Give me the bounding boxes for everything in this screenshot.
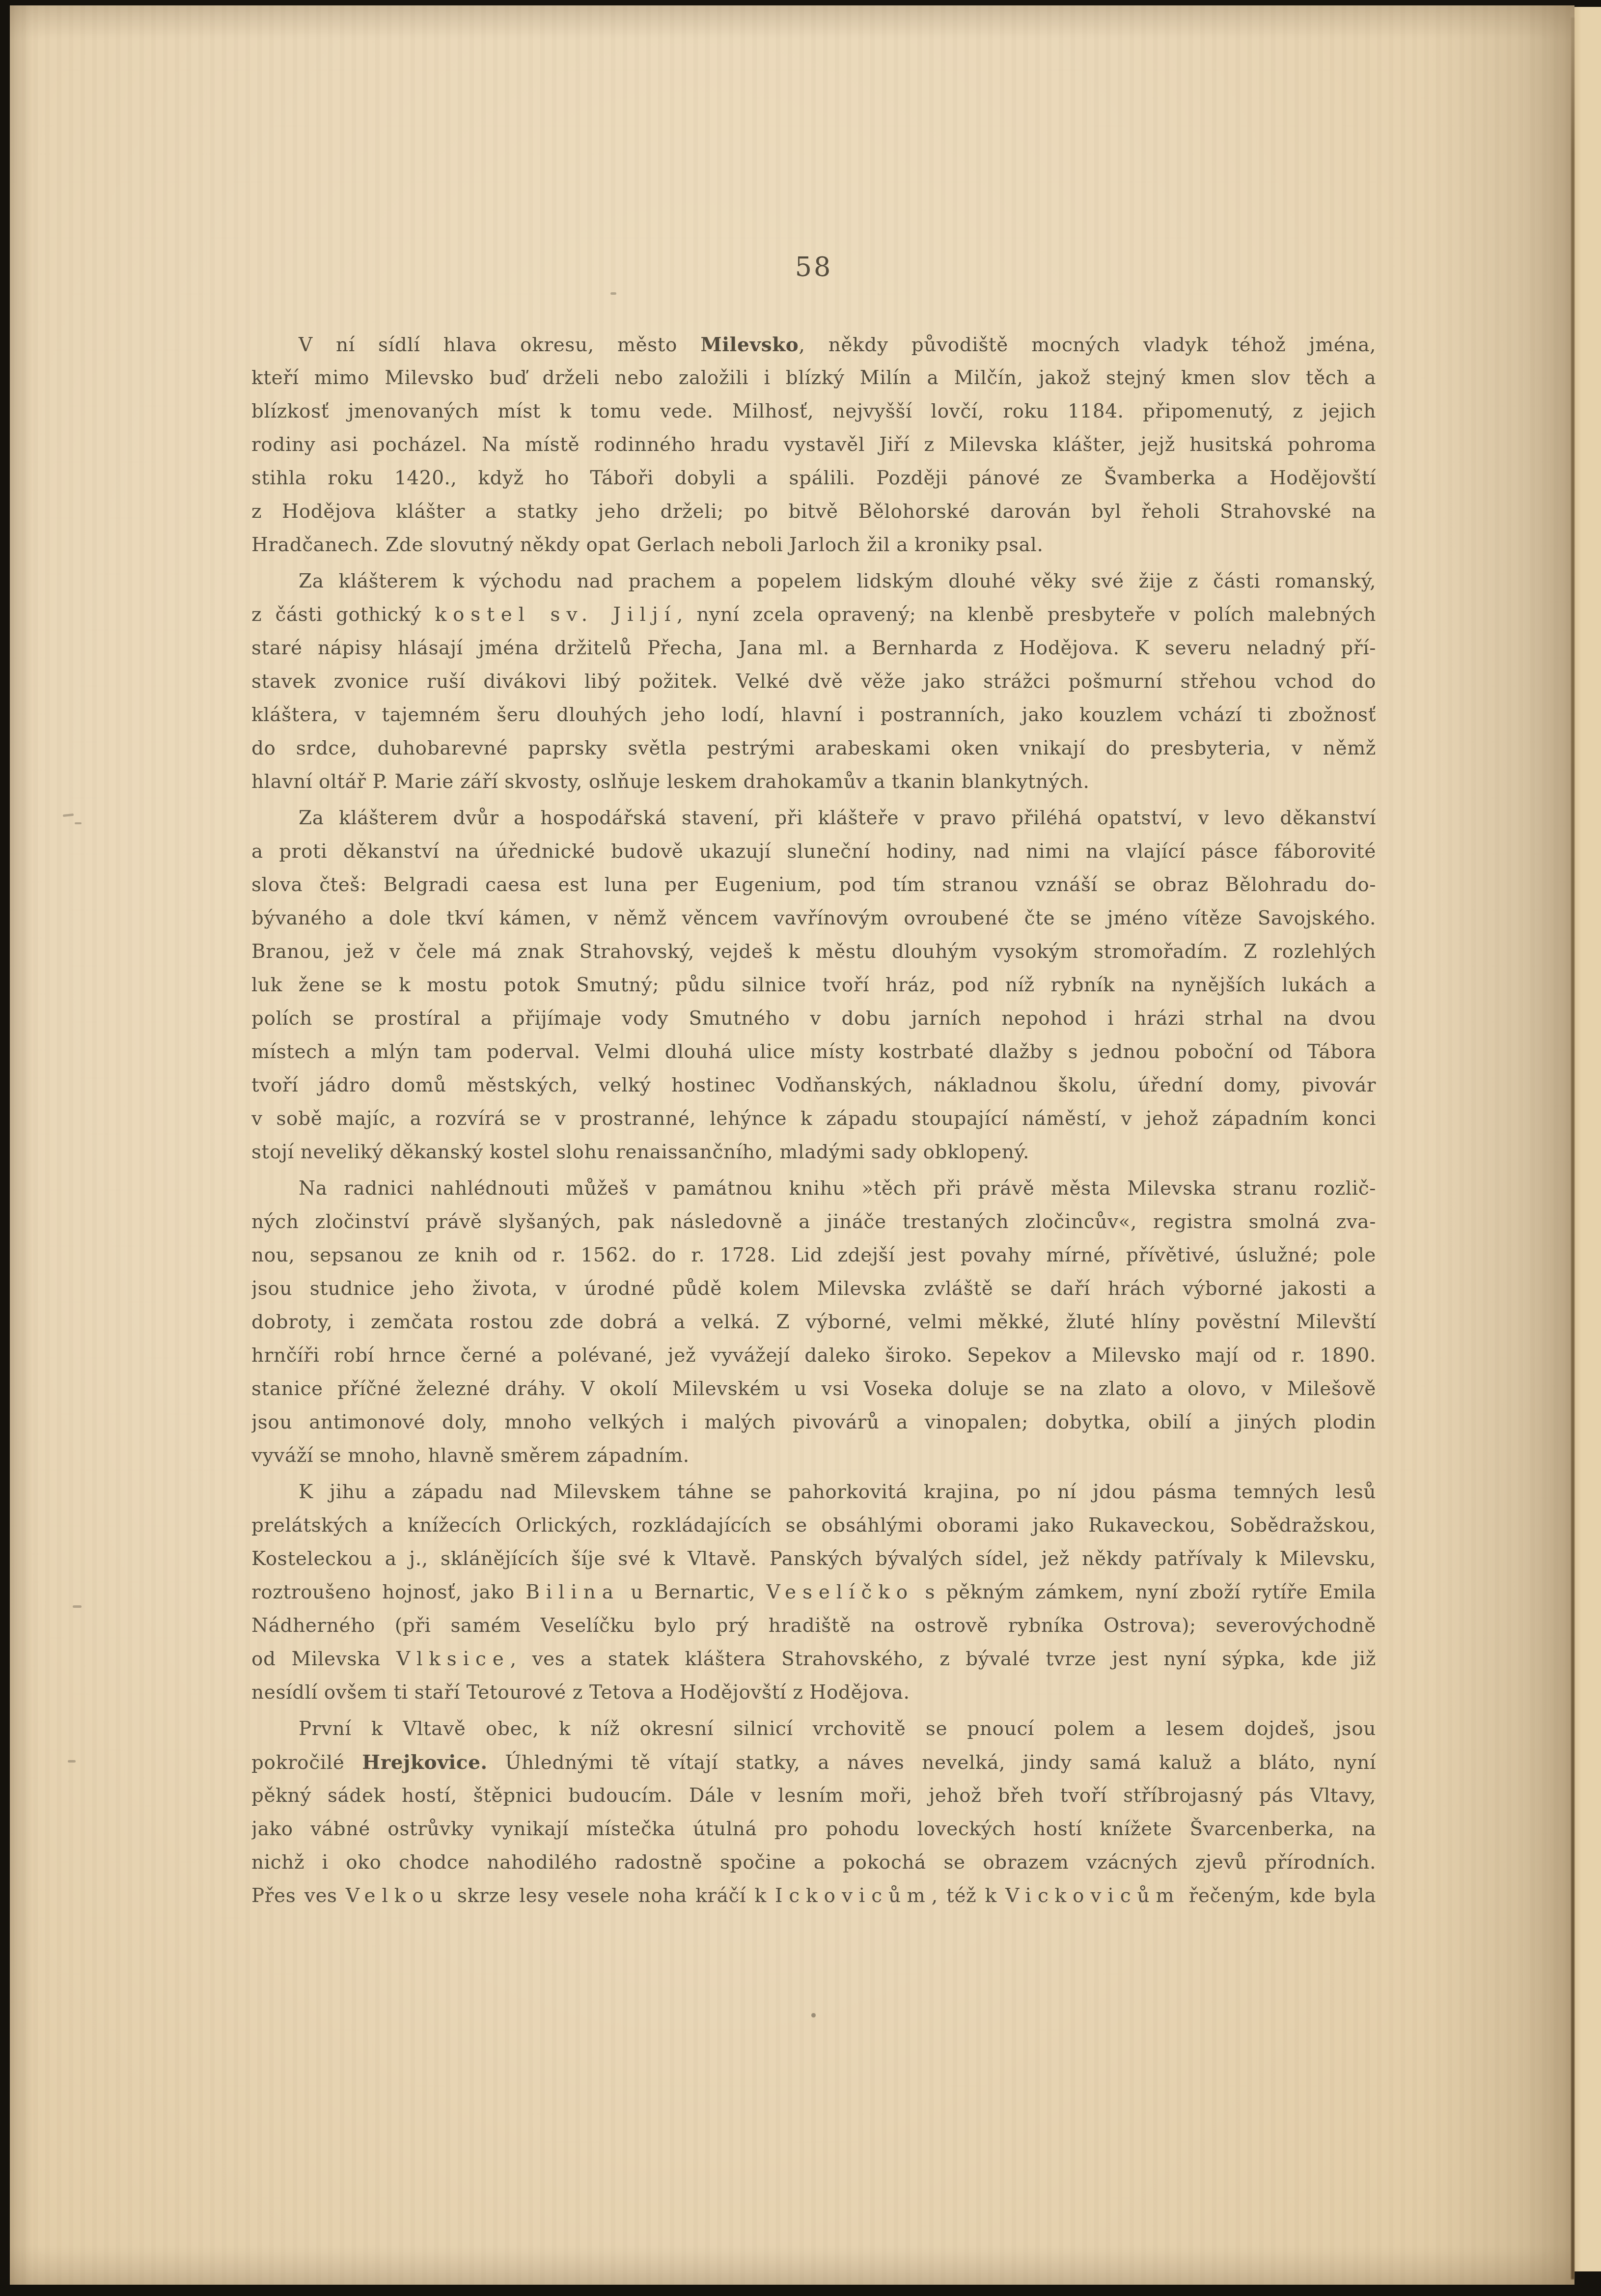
text-segment: z Hodějova klášter a statky jeho drželi;…: [251, 501, 1376, 523]
text-segment: místech a mlýn tam poderval. Velmi dlouh…: [251, 1041, 1376, 1063]
text-line: Za klášterem dvůr a hospodářská stavení,…: [251, 802, 1376, 835]
emphasized-name-spaced: Velkou: [346, 1885, 449, 1907]
text-segment: V ní sídlí hlava okresu, město: [299, 334, 700, 356]
text-segment: řečeným, kde byla: [1180, 1885, 1376, 1907]
text-line: Kosteleckou a j., sklánějících šíje své …: [251, 1542, 1376, 1576]
text-segment: hlavní oltář P. Marie září skvosty, oslň…: [251, 771, 1090, 793]
text-line: jsou studnice jeho života, v úrodné půdě…: [251, 1272, 1376, 1306]
emphasized-name-bold: Hrejkovice.: [362, 1751, 488, 1774]
text-line: do srdce, duhobarevné paprsky světla pes…: [251, 732, 1376, 765]
text-segment: u Bernartic,: [620, 1581, 767, 1603]
text-line: z Hodějova klášter a statky jeho drželi;…: [251, 495, 1376, 529]
text-line: První k Vltavě obec, k níž okresní silni…: [251, 1712, 1376, 1746]
text-line: stojí neveliký děkanský kostel slohu ren…: [251, 1136, 1376, 1169]
text-segment: z části gothický: [251, 604, 435, 626]
text-segment: pokročilé: [251, 1752, 362, 1774]
text-line: stavek zvonice ruší divákovi libý požite…: [251, 665, 1376, 699]
text-line: Hradčanech. Zde slovutný někdy opat Gerl…: [251, 529, 1376, 562]
text-segment: dobroty, i zemčata rostou zde dobrá a ve…: [251, 1311, 1376, 1333]
text-segment: rodiny asi pocházel. Na místě rodinného …: [251, 434, 1376, 456]
text-segment: jsou antimonové doly, mnoho velkých i ma…: [251, 1411, 1376, 1433]
text-line: prelátských a knížecích Orlických, rozkl…: [251, 1509, 1376, 1542]
text-line: ných zločinství právě slyšaných, pak nás…: [251, 1205, 1376, 1239]
text-segment: Kosteleckou a j., sklánějících šíje své …: [251, 1548, 1376, 1570]
emphasized-name-spaced: Vlksice: [396, 1648, 510, 1670]
text-line: Za klášterem k východu nad prachem a pop…: [251, 565, 1376, 598]
pencil-mark: [75, 822, 82, 824]
text-line: hrnčíři robí hrnce černé a polévané, jež…: [251, 1339, 1376, 1372]
text-segment: Přes ves: [251, 1885, 346, 1907]
text-segment: jako vábné ostrůvky vynikají místečka út…: [251, 1818, 1376, 1840]
text-segment: blízkosť jmenovaných míst k tomu vede. M…: [251, 400, 1376, 422]
text-segment: polích se prostíral a přijímaje vody Smu…: [251, 1008, 1376, 1030]
text-line: Nádherného (při samém Veselíčku bylo prý…: [251, 1609, 1376, 1643]
text-segment: stojí neveliký děkanský kostel slohu ren…: [251, 1141, 1029, 1163]
paragraph: Za klášterem dvůr a hospodářská stavení,…: [251, 802, 1376, 1169]
text-segment: prelátských a knížecích Orlických, rozkl…: [251, 1514, 1376, 1537]
text-line: K jihu a západu nad Milevskem táhne se p…: [251, 1476, 1376, 1509]
text-segment: , nyní zcela opravený; na klenbě presbyt…: [677, 604, 1376, 626]
text-segment: do srdce, duhobarevné paprsky světla pes…: [251, 737, 1376, 759]
text-line: blízkosť jmenovaných míst k tomu vede. M…: [251, 395, 1376, 428]
paragraph: První k Vltavě obec, k níž okresní silni…: [251, 1712, 1376, 1913]
emphasized-name-spaced: kostel sv. Jiljí: [435, 604, 677, 626]
text-segment: pěkný sádek hostí, štěpnici budoucím. Dá…: [251, 1785, 1376, 1807]
text-line: z části gothický kostel sv. Jiljí, nyní …: [251, 598, 1376, 632]
text-segment: K jihu a západu nad Milevskem táhne se p…: [299, 1481, 1376, 1503]
paragraph: Na radnici nahlédnouti můžeš v památnou …: [251, 1172, 1376, 1473]
text-segment: Za klášterem k východu nad prachem a pop…: [299, 570, 1376, 592]
text-segment: vyváží se mnoho, hlavně směrem západním.: [251, 1445, 690, 1467]
text-line: roztroušeno hojnosť, jako Bilina u Berna…: [251, 1576, 1376, 1609]
text-line: jsou antimonové doly, mnoho velkých i ma…: [251, 1406, 1376, 1439]
text-line: dobroty, i zemčata rostou zde dobrá a ve…: [251, 1306, 1376, 1339]
text-line: kláštera, v tajemném šeru dlouhých jeho …: [251, 699, 1376, 732]
text-segment: bývaného a dole tkví kámen, v němž věnce…: [251, 907, 1376, 929]
text-segment: nou, sepsanou ze knih od r. 1562. do r. …: [251, 1244, 1376, 1266]
text-line: vyváží se mnoho, hlavně směrem západním.: [251, 1439, 1376, 1473]
emphasized-name-spaced: Veselíčko: [767, 1581, 914, 1603]
text-line: Přes ves Velkou skrze lesy vesele noha k…: [251, 1879, 1376, 1913]
text-segment: , též k: [932, 1885, 1005, 1907]
text-line: a proti děkanství na úřednické budově uk…: [251, 835, 1376, 868]
text-segment: ných zločinství právě slyšaných, pak nás…: [251, 1211, 1376, 1233]
page-fold-line: [1571, 18, 1574, 2279]
text-line: hlavní oltář P. Marie září skvosty, oslň…: [251, 765, 1376, 799]
text-line: staré nápisy hlásají jména držitelů Přec…: [251, 632, 1376, 665]
adjacent-page-edge: [1574, 7, 1601, 2271]
page-number: 58: [251, 252, 1376, 282]
text-line: stanice příčné železné dráhy. V okolí Mi…: [251, 1372, 1376, 1406]
text-line: pěkný sádek hostí, štěpnici budoucím. Dá…: [251, 1779, 1376, 1813]
text-segment: , ves a statek kláštera Strahovského, z …: [510, 1648, 1376, 1670]
text-segment: hrnčíři robí hrnce černé a polévané, jež…: [251, 1344, 1376, 1367]
text-line: bývaného a dole tkví kámen, v němž věnce…: [251, 902, 1376, 935]
text-segment: Za klášterem dvůr a hospodářská stavení,…: [299, 807, 1376, 829]
text-line: kteří mimo Milevsko buď drželi nebo zalo…: [251, 362, 1376, 395]
emphasized-name-bold: Milevsko: [700, 334, 799, 356]
ink-speck: [610, 292, 616, 295]
text-line: od Milevska Vlksice, ves a statek klášte…: [251, 1643, 1376, 1676]
text-segment: v sobě majíc, a rozvírá se v prostranné,…: [251, 1108, 1376, 1130]
emphasized-name-spaced: Vickovicům: [1005, 1885, 1180, 1907]
text-segment: slova čteš: Belgradi caesa est luna per …: [251, 874, 1376, 896]
text-segment: tvoří jádro domů městských, velký hostin…: [251, 1074, 1376, 1096]
paragraph: K jihu a západu nad Milevskem táhne se p…: [251, 1476, 1376, 1709]
text-segment: skrze lesy vesele noha kráčí k: [449, 1885, 775, 1907]
text-segment: roztroušeno hojnosť, jako: [251, 1581, 525, 1603]
text-segment: stavek zvonice ruší divákovi libý požite…: [251, 671, 1376, 693]
text-line: v sobě majíc, a rozvírá se v prostranné,…: [251, 1102, 1376, 1136]
text-segment: nesídlí ovšem ti staří Tetourové z Tetov…: [251, 1681, 910, 1704]
text-segment: stanice příčné železné dráhy. V okolí Mi…: [251, 1378, 1376, 1400]
text-line: luk žene se k mostu potok Smutný; půdu s…: [251, 969, 1376, 1002]
paragraph: Za klášterem k východu nad prachem a pop…: [251, 565, 1376, 799]
text-segment: Branou, jež v čele má znak Strahovský, v…: [251, 941, 1376, 963]
text-line: nou, sepsanou ze knih od r. 1562. do r. …: [251, 1239, 1376, 1272]
scanned-book-spread: 58 V ní sídlí hlava okresu, město Milevs…: [0, 0, 1601, 2296]
text-segment: s pěkným zámkem, nyní zboží rytíře Emila: [914, 1581, 1376, 1603]
text-segment: jsou studnice jeho života, v úrodné půdě…: [251, 1278, 1376, 1300]
text-line: slova čteš: Belgradi caesa est luna per …: [251, 868, 1376, 902]
pencil-mark: [68, 1760, 76, 1763]
text-segment: První k Vltavě obec, k níž okresní silni…: [299, 1718, 1376, 1740]
ink-speck: [811, 2013, 816, 2017]
text-segment: luk žene se k mostu potok Smutný; půdu s…: [251, 974, 1376, 996]
text-line: nesídlí ovšem ti staří Tetourové z Tetov…: [251, 1676, 1376, 1709]
text-segment: staré nápisy hlásají jména držitelů Přec…: [251, 637, 1376, 659]
text-segment: Na radnici nahlédnouti můžeš v památnou …: [299, 1177, 1376, 1200]
text-segment: kláštera, v tajemném šeru dlouhých jeho …: [251, 704, 1376, 726]
text-segment: stihla roku 1420., když ho Táboři dobyli…: [251, 467, 1376, 489]
emphasized-name-spaced: Ickovicům: [775, 1885, 932, 1907]
text-segment: Hradčanech. Zde slovutný někdy opat Gerl…: [251, 534, 1043, 556]
pencil-mark: [73, 1605, 82, 1608]
text-line: tvoří jádro domů městských, velký hostin…: [251, 1069, 1376, 1102]
text-line: nichž i oko chodce nahodilého radostně s…: [251, 1846, 1376, 1879]
text-line: polích se prostíral a přijímaje vody Smu…: [251, 1002, 1376, 1036]
text-line: V ní sídlí hlava okresu, město Milevsko,…: [251, 328, 1376, 362]
text-segment: kteří mimo Milevsko buď drželi nebo zalo…: [251, 367, 1376, 389]
text-segment: Úhlednými tě vítají statky, a náves neve…: [488, 1752, 1376, 1774]
text-line: pokročilé Hrejkovice. Úhlednými tě vítaj…: [251, 1746, 1376, 1779]
text-line: Branou, jež v čele má znak Strahovský, v…: [251, 935, 1376, 969]
text-segment: , někdy původiště mocných vladyk téhož j…: [799, 334, 1376, 356]
text-line: Na radnici nahlédnouti můžeš v památnou …: [251, 1172, 1376, 1205]
text-segment: Nádherného (při samém Veselíčku bylo prý…: [251, 1615, 1376, 1637]
text-line: stihla roku 1420., když ho Táboři dobyli…: [251, 462, 1376, 495]
text-segment: od Milevska: [251, 1648, 396, 1670]
paragraph: V ní sídlí hlava okresu, město Milevsko,…: [251, 328, 1376, 562]
page-text: V ní sídlí hlava okresu, město Milevsko,…: [251, 328, 1376, 1913]
text-line: místech a mlýn tam poderval. Velmi dlouh…: [251, 1036, 1376, 1069]
text-segment: nichž i oko chodce nahodilého radostně s…: [251, 1851, 1376, 1874]
emphasized-name-spaced: Bilina: [525, 1581, 620, 1603]
text-line: jako vábné ostrůvky vynikají místečka út…: [251, 1813, 1376, 1846]
text-segment: a proti děkanství na úřednické budově uk…: [251, 840, 1376, 863]
text-line: rodiny asi pocházel. Na místě rodinného …: [251, 428, 1376, 462]
